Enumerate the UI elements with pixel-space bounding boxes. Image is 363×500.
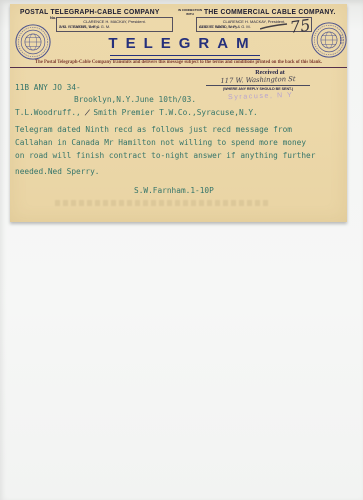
pen-check-icon: ∕ [85,108,90,117]
officer-vp: WM. H. BAKER, V. P. & G. M. [59,24,110,29]
routing-line: 11B ANY JO 34- [15,83,81,92]
handwritten-number: 75 [289,15,312,37]
officers-box-postal: CLARENCE H. MACKAY, President. J. G. STE… [56,17,173,32]
header-rule [10,67,347,68]
connector-text: IN CONNECTION WITH [176,9,204,16]
syracuse-stamp: Syracuse, N Y [228,92,294,101]
dateline: Brooklyn,N.Y.June 10th/03. [74,95,196,104]
connector-line2: WITH [176,13,204,17]
officer-vp: GEO. G. WARD, V. P. & G. M. [199,24,251,29]
addressee-name: T.L.Woodruff., [15,108,81,117]
bleed-through-smudge [55,200,270,206]
telegram-card: POSTAL TELEGRAPH-CABLE COMPANY IN CONNEC… [10,4,347,222]
addressee-line: T.L.Woodruff., ∕ Smith Premier T.W.Co.,S… [15,108,258,117]
scan-background: POSTAL TELEGRAPH-CABLE COMPANY IN CONNEC… [0,0,363,500]
operator-signature: S.W.Farnham.1-10P [134,186,214,195]
message-line: needed.Ned Sperry. [15,167,100,176]
message-line: on road will finish contract to-night an… [15,151,315,160]
telegram-title: TELEGRAM [10,35,347,52]
reply-note: (WHERE ANY REPLY SHOULD BE SENT.) [206,87,310,91]
received-at-address: 117 W. Washington St [208,75,308,86]
conditions-tagline: The Postal Telegraph-Cable Company trans… [10,60,347,65]
message-line: Telegram dated Ninth recd as follows jus… [15,125,292,134]
message-line: Callahan in Canada Mr Hamilton not willi… [15,138,306,147]
addressee-company: Smith Premier T.W.Co.,Syracuse,N.Y. [93,108,257,117]
company-name-postal: POSTAL TELEGRAPH-CABLE COMPANY [20,9,160,16]
